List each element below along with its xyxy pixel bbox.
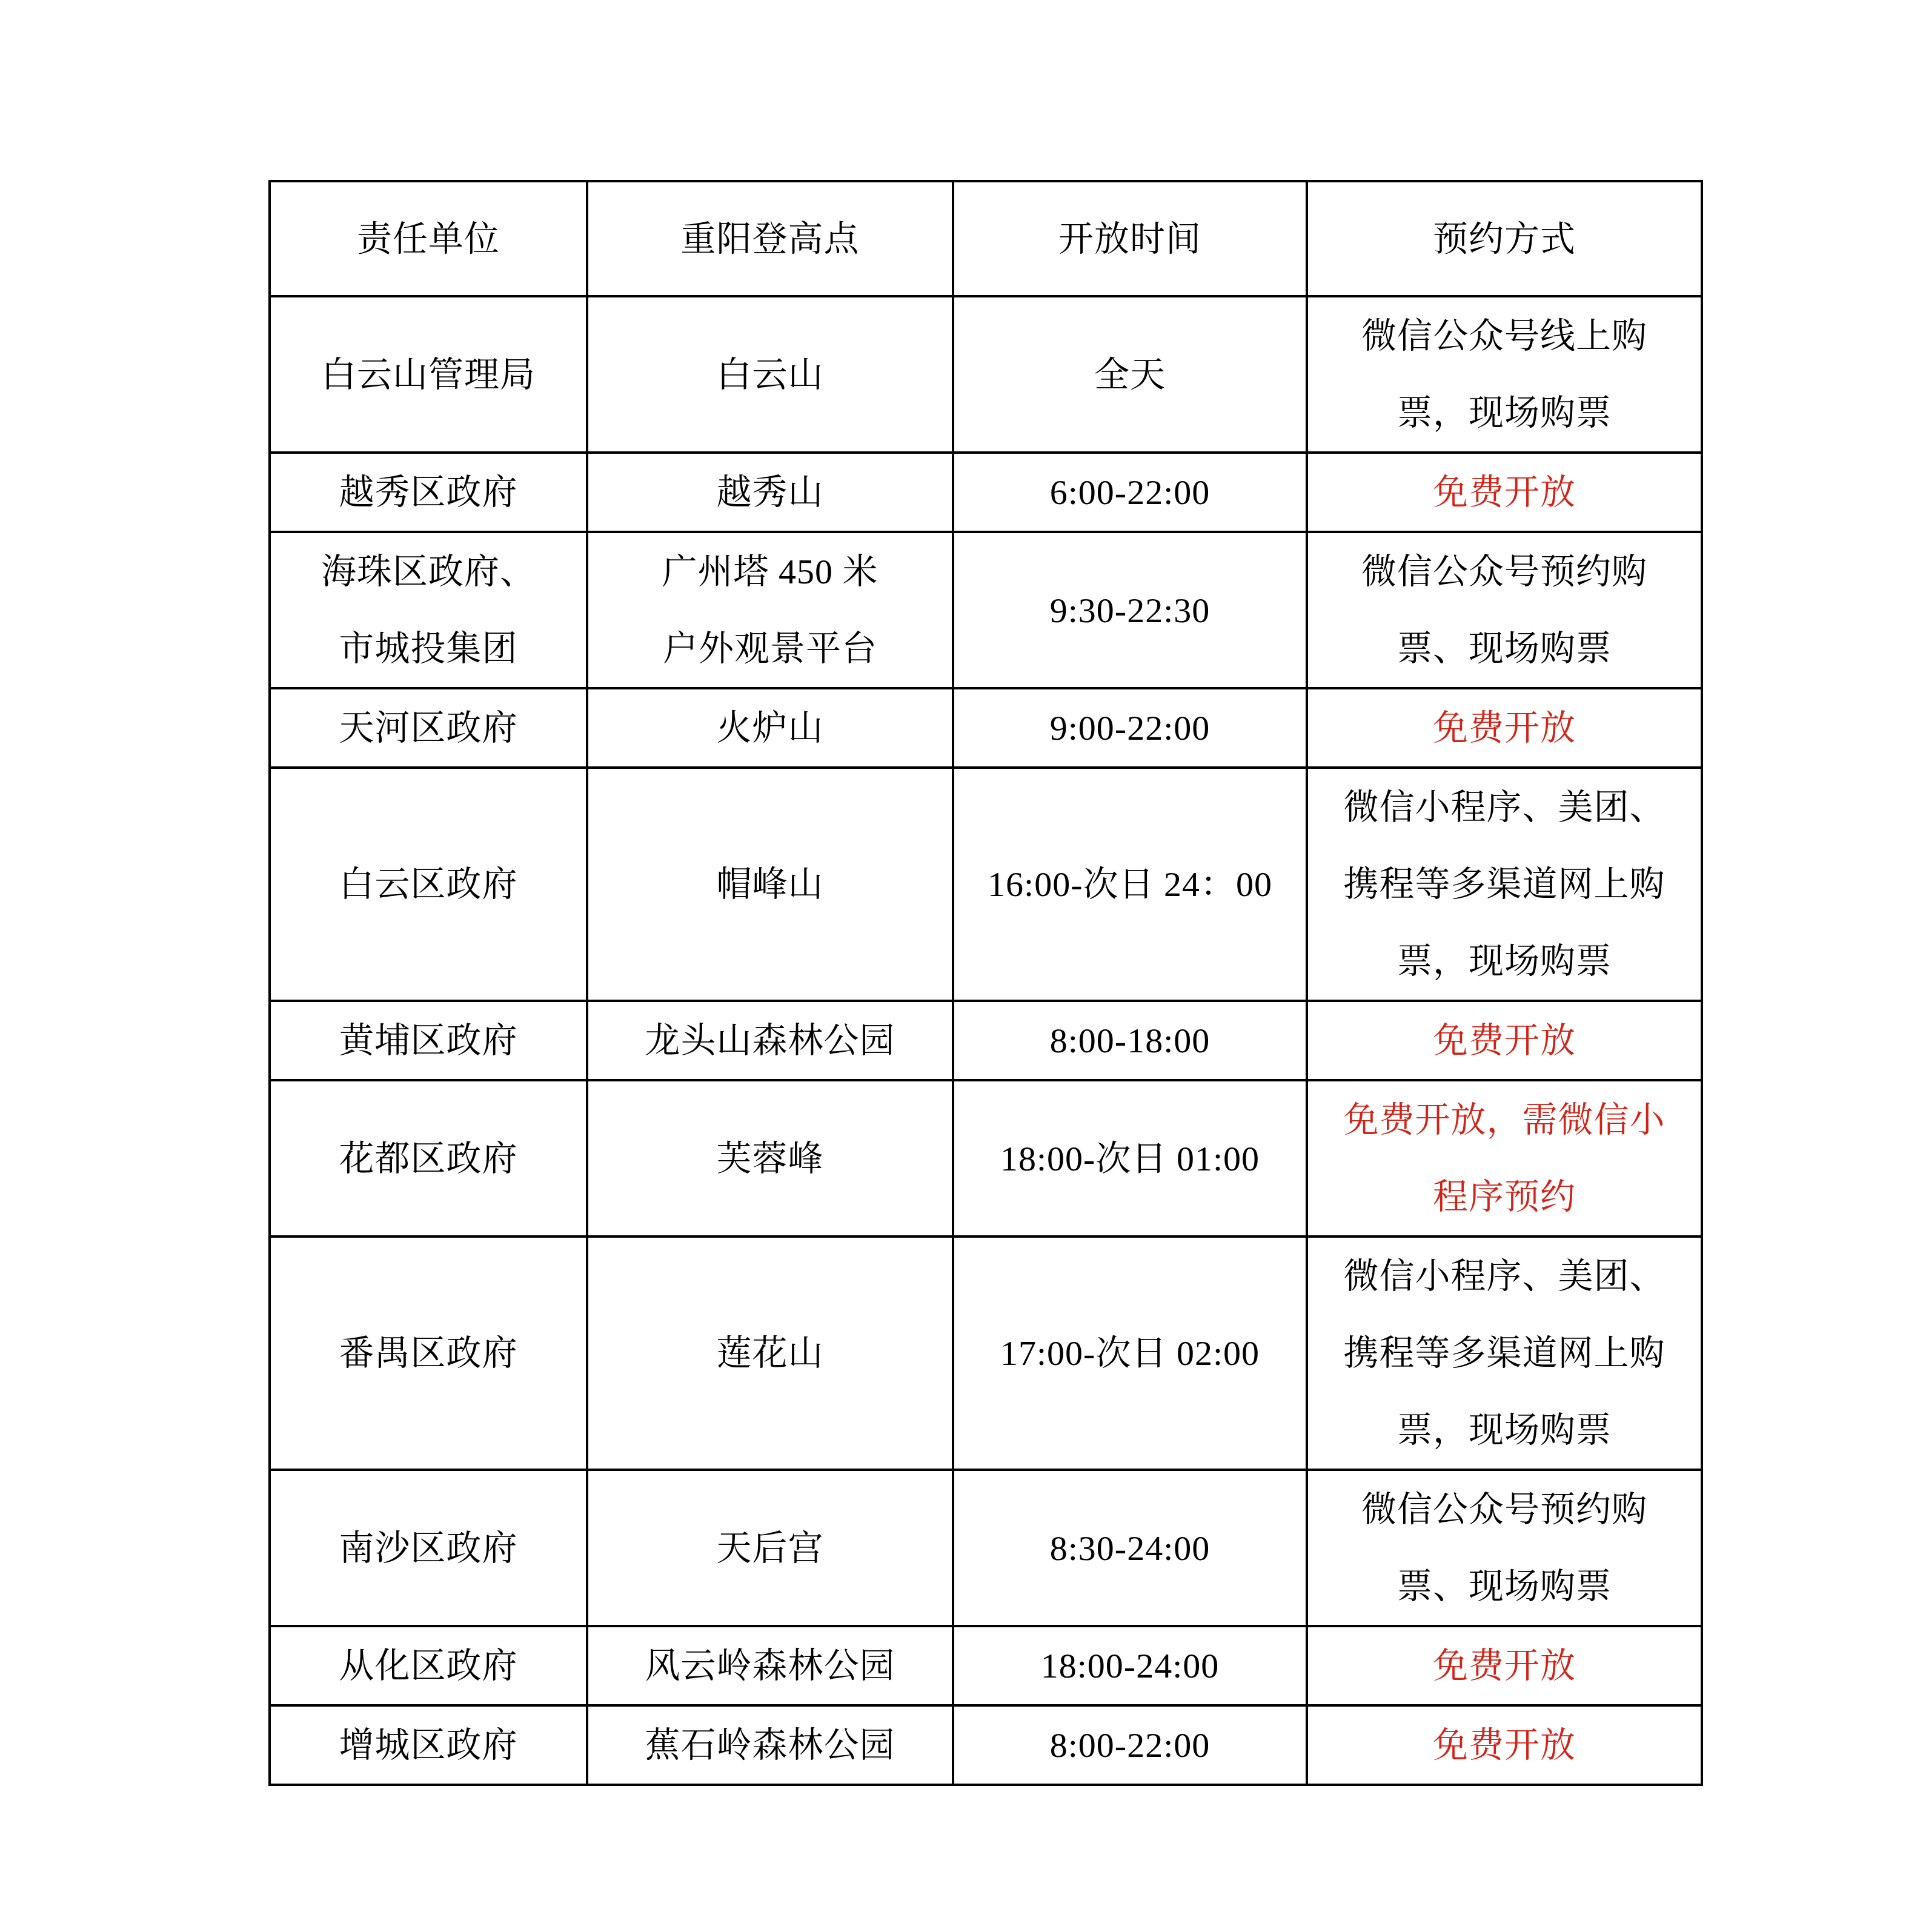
cell-method: 免费开放 (1307, 1626, 1702, 1705)
cell-method: 免费开放，需微信小 程序预约 (1307, 1080, 1702, 1237)
cell-time: 9:30-22:30 (953, 532, 1307, 688)
cell-unit: 番禺区政府 (270, 1237, 587, 1470)
cell-unit: 海珠区政府、 市城投集团 (270, 532, 587, 688)
cell-method: 微信小程序、美团、 携程等多渠道网上购 票，现场购票 (1307, 768, 1702, 1001)
table-row: 花都区政府 芙蓉峰 18:00-次日 01:00 免费开放，需微信小 程序预约 (270, 1080, 1702, 1237)
cell-spot: 火炉山 (587, 688, 953, 768)
cell-unit: 南沙区政府 (270, 1470, 587, 1626)
cell-spot: 风云岭森林公园 (587, 1626, 953, 1705)
cell-time: 9:00-22:00 (953, 688, 1307, 768)
header-cell-unit: 责任单位 (270, 181, 587, 296)
cell-unit: 从化区政府 (270, 1626, 587, 1705)
cell-time: 全天 (953, 296, 1307, 453)
table-row: 白云山管理局 白云山 全天 微信公众号线上购 票，现场购票 (270, 296, 1702, 453)
cell-spot: 天后宫 (587, 1470, 953, 1626)
cell-method: 微信公众号预约购 票、现场购票 (1307, 1470, 1702, 1626)
cell-spot: 白云山 (587, 296, 953, 453)
cell-time: 8:00-22:00 (953, 1705, 1307, 1785)
cell-method: 免费开放 (1307, 1705, 1702, 1785)
cell-time: 8:00-18:00 (953, 1001, 1307, 1080)
table-row: 天河区政府 火炉山 9:00-22:00 免费开放 (270, 688, 1702, 768)
document-page: 责任单位 重阳登高点 开放时间 预约方式 白云山管理局 白云山 全天 微信公众号… (0, 0, 1923, 1932)
table-row: 番禺区政府 莲花山 17:00-次日 02:00 微信小程序、美团、 携程等多渠… (270, 1237, 1702, 1470)
cell-spot: 蕉石岭森林公园 (587, 1705, 953, 1785)
cell-time: 16:00-次日 24：00 (953, 768, 1307, 1001)
cell-method: 微信公众号预约购 票、现场购票 (1307, 532, 1702, 688)
cell-method: 微信小程序、美团、 携程等多渠道网上购 票，现场购票 (1307, 1237, 1702, 1470)
header-cell-method: 预约方式 (1307, 181, 1702, 296)
header-cell-spot: 重阳登高点 (587, 181, 953, 296)
table-row: 从化区政府 风云岭森林公园 18:00-24:00 免费开放 (270, 1626, 1702, 1705)
cell-spot: 莲花山 (587, 1237, 953, 1470)
cell-spot: 帽峰山 (587, 768, 953, 1001)
cell-spot: 广州塔 450 米 户外观景平台 (587, 532, 953, 688)
cell-unit: 增城区政府 (270, 1705, 587, 1785)
cell-unit: 黄埔区政府 (270, 1001, 587, 1080)
table-row: 白云区政府 帽峰山 16:00-次日 24：00 微信小程序、美团、 携程等多渠… (270, 768, 1702, 1001)
cell-spot: 芙蓉峰 (587, 1080, 953, 1237)
table-row: 海珠区政府、 市城投集团 广州塔 450 米 户外观景平台 9:30-22:30… (270, 532, 1702, 688)
cell-spot: 越秀山 (587, 453, 953, 532)
table-row: 黄埔区政府 龙头山森林公园 8:00-18:00 免费开放 (270, 1001, 1702, 1080)
cell-time: 8:30-24:00 (953, 1470, 1307, 1626)
cell-method: 免费开放 (1307, 1001, 1702, 1080)
cell-unit: 花都区政府 (270, 1080, 587, 1237)
cell-time: 18:00-次日 01:00 (953, 1080, 1307, 1237)
header-cell-time: 开放时间 (953, 181, 1307, 296)
cell-unit: 白云区政府 (270, 768, 587, 1001)
climbing-points-table: 责任单位 重阳登高点 开放时间 预约方式 白云山管理局 白云山 全天 微信公众号… (268, 180, 1703, 1786)
table-row: 越秀区政府 越秀山 6:00-22:00 免费开放 (270, 453, 1702, 532)
cell-spot: 龙头山森林公园 (587, 1001, 953, 1080)
table-row: 增城区政府 蕉石岭森林公园 8:00-22:00 免费开放 (270, 1705, 1702, 1785)
cell-method: 免费开放 (1307, 688, 1702, 768)
cell-unit: 白云山管理局 (270, 296, 587, 453)
cell-unit: 越秀区政府 (270, 453, 587, 532)
table-row: 南沙区政府 天后宫 8:30-24:00 微信公众号预约购 票、现场购票 (270, 1470, 1702, 1626)
cell-method: 免费开放 (1307, 453, 1702, 532)
cell-method: 微信公众号线上购 票，现场购票 (1307, 296, 1702, 453)
cell-time: 6:00-22:00 (953, 453, 1307, 532)
cell-time: 18:00-24:00 (953, 1626, 1307, 1705)
table-header-row: 责任单位 重阳登高点 开放时间 预约方式 (270, 181, 1702, 296)
cell-time: 17:00-次日 02:00 (953, 1237, 1307, 1470)
cell-unit: 天河区政府 (270, 688, 587, 768)
